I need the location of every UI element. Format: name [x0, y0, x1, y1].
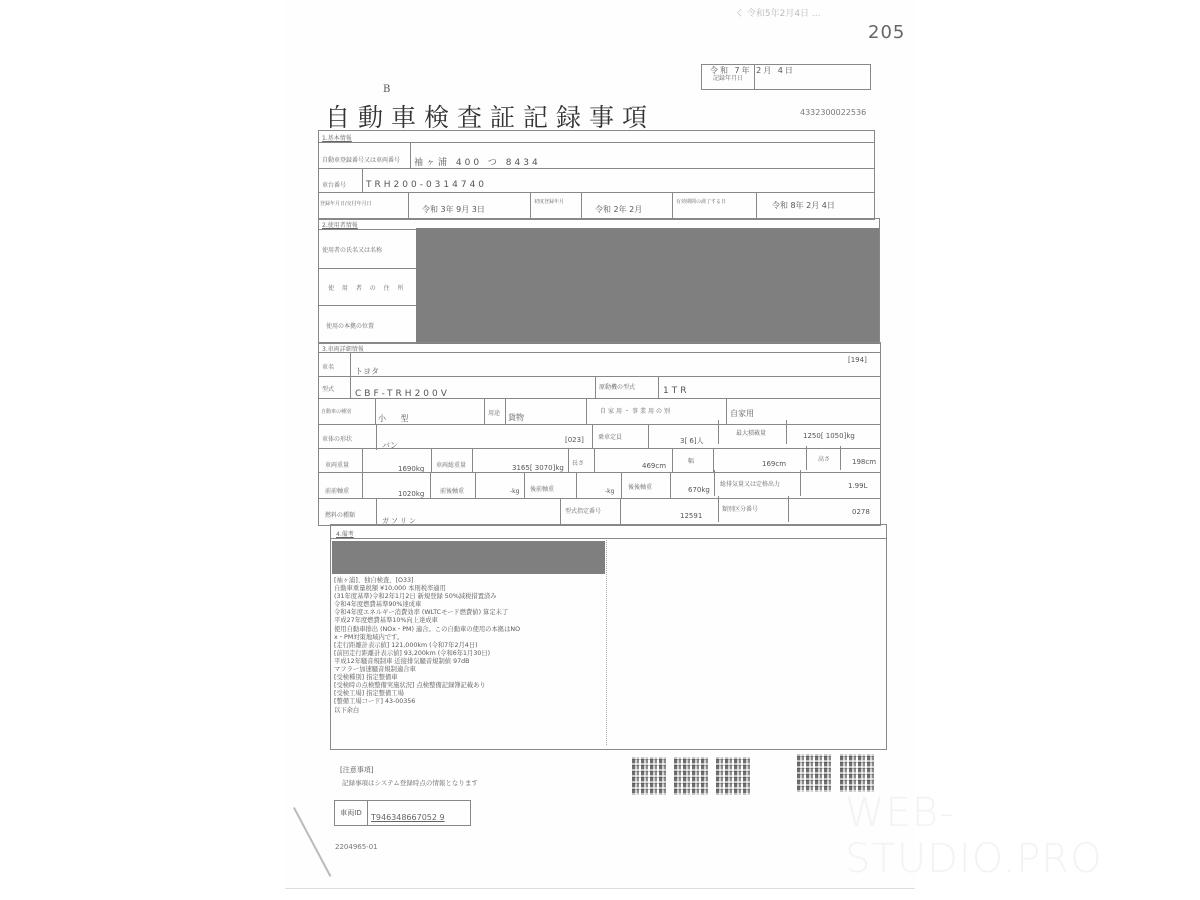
divider [318, 268, 418, 269]
expiry-value: 令和 8年 2月 4日 [772, 200, 835, 211]
divider [586, 398, 587, 424]
divider [431, 448, 432, 472]
expiry-label: 有効期間の満了する日 [676, 198, 726, 205]
engine-value: 1TR [663, 386, 689, 396]
divider [318, 398, 880, 399]
section2-header: 2.使用者情報 [322, 220, 358, 229]
model-label: 型式 [322, 384, 334, 393]
chassis-value: TRH200-0314740 [366, 180, 487, 190]
divider [840, 446, 841, 470]
qr-code-icon [840, 754, 874, 792]
divider [670, 472, 671, 498]
divider [505, 398, 506, 424]
divider [800, 470, 801, 496]
divider [475, 472, 476, 498]
redacted-remarks [332, 541, 605, 574]
divider [318, 424, 880, 425]
divider [376, 498, 377, 524]
qr-code-icon [716, 757, 750, 795]
base-location-label: 使用の本拠の位置 [326, 321, 374, 330]
divider [318, 142, 874, 143]
footer-code: 2204965-01 [335, 843, 378, 851]
private-business-label: 自家用・事業用の別 [600, 406, 672, 415]
divider [408, 192, 409, 218]
capacity-label: 乗車定員 [598, 432, 622, 441]
width-value: 169cm [762, 460, 786, 468]
vehicle-type-value: 小 型 [378, 413, 415, 424]
qr-code-icon [632, 757, 666, 795]
notes-text: 記録事項はシステム登録時点の情報となります [342, 778, 478, 787]
use-label: 用途 [488, 408, 500, 417]
width-label: 幅 [688, 456, 694, 465]
divider [430, 472, 431, 498]
divider [672, 448, 673, 472]
type-designation-value: 12591 [680, 512, 702, 520]
divider [658, 376, 659, 398]
vehicle-id-box: 車両ID T946348667052 9 [334, 800, 471, 826]
divider [524, 472, 525, 498]
divider [621, 472, 622, 498]
divider [581, 192, 582, 218]
remarks-text: [袖ヶ浦]、独自検査、[O33] 自動車重量税額 ¥10,000 本則税率適用 … [334, 577, 604, 715]
divider [318, 448, 880, 449]
gross-weight-label: 車両総重量 [436, 460, 466, 469]
chassis-label: 車台番号 [322, 180, 346, 189]
section4-header: 4.備考 [336, 529, 354, 538]
type-designation-label: 型式指定番号 [565, 506, 601, 515]
divider [560, 498, 561, 524]
divider [362, 448, 363, 472]
length-value: 469cm [642, 462, 666, 470]
vehicle-id-value: T946348667052 9 [368, 801, 470, 825]
divider [484, 398, 485, 424]
engine-label: 原動機の型式 [599, 382, 635, 391]
weight-label: 車両重量 [325, 460, 349, 469]
body-label: 車体の形状 [322, 434, 352, 443]
divider [530, 192, 531, 218]
front-axle-value: 1020kg [398, 490, 424, 498]
divider [576, 472, 577, 498]
remarks-column-divider [606, 540, 607, 745]
divider [806, 446, 807, 470]
rear-axle-value: 670kg [688, 486, 710, 494]
user-address-label: 使 用 者 の 住 所 [328, 283, 407, 292]
divider [718, 420, 719, 444]
front-rear-axle-value: -kg [510, 488, 519, 495]
divider [350, 376, 351, 398]
watermark: WEB-STUDIO.PRO [845, 790, 1200, 882]
divider [568, 448, 569, 472]
private-business-value: 自家用 [730, 408, 754, 419]
body-code: [023] [565, 436, 584, 444]
divider [318, 376, 880, 377]
divider [330, 538, 886, 539]
page-edge [285, 888, 915, 889]
divider [350, 352, 351, 376]
category-value: 0278 [852, 508, 870, 516]
vehicle-type-label: 自動車の種別 [321, 408, 351, 415]
divider [594, 448, 595, 472]
divider [376, 424, 377, 450]
divider [726, 398, 727, 424]
divider [410, 142, 411, 168]
user-name-label: 使用者の氏名又は名称 [322, 245, 382, 254]
maker-label: 車名 [322, 362, 334, 371]
divider [788, 496, 789, 522]
vehicle-id-label: 車両ID [335, 801, 368, 825]
divider [672, 192, 673, 218]
length-label: 長さ [572, 458, 584, 467]
gross-weight-value: 3165[ 3070]kg [512, 464, 564, 472]
height-label: 高さ [818, 454, 830, 463]
record-date-box: 記録年月日 令和 7年 2月 4日 [701, 64, 871, 90]
displacement-label: 総排気量又は定格出力 [720, 479, 780, 488]
document-number: 4332300022536 [800, 108, 866, 117]
max-load-label: 最大積載量 [736, 428, 766, 437]
divider [648, 424, 649, 448]
divider [362, 472, 363, 498]
notes-header: [注意事項] [340, 765, 373, 775]
qr-code-icon [797, 754, 831, 792]
divider [375, 398, 376, 424]
divider [318, 305, 418, 306]
b-mark: B [383, 84, 390, 95]
divider [318, 352, 880, 353]
divider [318, 192, 874, 193]
rear-front-axle-value: -kg [605, 488, 614, 495]
faint-header-text: く 令和5年2月4日 ... [735, 6, 820, 19]
first-year-value: 令和 2年 2月 [595, 204, 642, 215]
divider [595, 376, 596, 398]
registration-value: 袖ヶ浦 400 つ 8434 [414, 155, 541, 168]
divider [318, 472, 880, 473]
rear-axle-label: 後後軸重 [628, 482, 652, 491]
divider [756, 192, 757, 218]
front-rear-axle-label: 前後軸重 [440, 486, 464, 495]
divider [713, 448, 714, 472]
front-axle-label: 前前軸重 [325, 486, 349, 495]
record-date-value: 令和 7年 2月 4日 [702, 65, 795, 76]
first-year-label: 初度登録年月 [534, 198, 564, 205]
section1-header: 1.基本情報 [322, 133, 352, 142]
body-value: バン [382, 440, 398, 451]
rear-front-axle-label: 後前軸重 [530, 484, 554, 493]
displacement-value: 1.99L [848, 482, 868, 490]
divider [472, 448, 473, 472]
divider [620, 498, 621, 524]
redacted-user-info [416, 228, 879, 344]
fuel-label: 燃料の種類 [325, 510, 355, 519]
first-reg-label: 登録年月日/交付年月日 [320, 200, 372, 207]
first-reg-value: 令和 3年 9月 3日 [422, 204, 485, 215]
max-load-value: 1250[ 1050]kg [803, 432, 855, 440]
registration-label: 自動車登録番号又は車両番号 [322, 155, 400, 164]
handwritten-number: 205 [868, 22, 905, 43]
qr-code-icon [674, 757, 708, 795]
divider [786, 420, 787, 444]
category-label: 類別区分番号 [722, 504, 758, 513]
document-title: 自動車検査証記録事項 [325, 98, 655, 134]
maker-code: [194] [848, 356, 867, 364]
height-value: 198cm [852, 458, 876, 466]
divider [318, 498, 880, 499]
divider [362, 168, 363, 192]
divider [318, 229, 418, 230]
divider [718, 496, 719, 522]
divider [592, 424, 593, 448]
use-value: 貨物 [508, 412, 524, 423]
divider [318, 168, 874, 169]
capacity-value: 3[ 6]人 [680, 436, 704, 446]
divider [714, 470, 715, 496]
